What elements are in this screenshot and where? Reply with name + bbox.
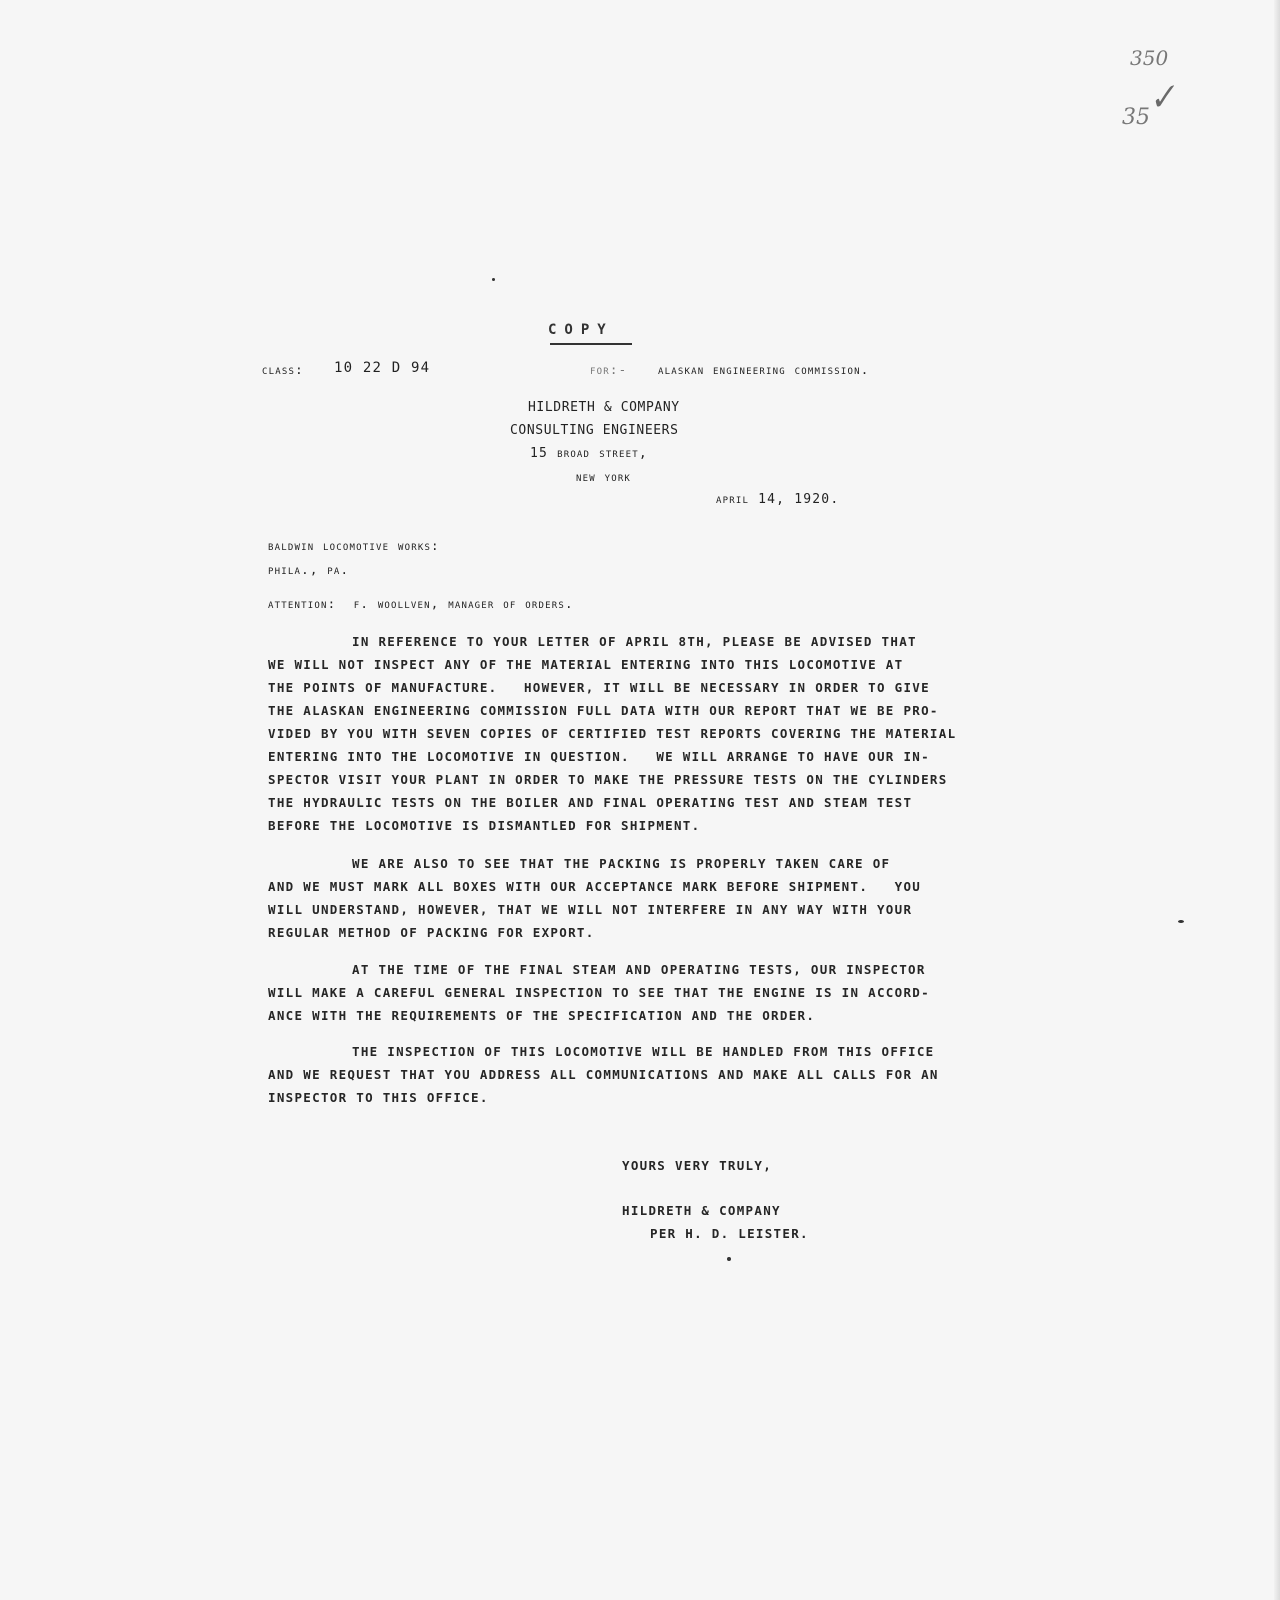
for-label: For:- [590, 362, 627, 377]
class-value: 10 22 D 94 [334, 360, 430, 376]
sender-subtitle: CONSULTING ENGINEERS [510, 423, 679, 438]
recipient-name: Baldwin Locomotive Works: [268, 538, 440, 553]
page-edge-shadow [1274, 0, 1280, 1600]
stray-mark [1178, 920, 1184, 923]
attention-line: Attention: F. Woollven, Manager of Order… [268, 596, 574, 611]
title-underline [550, 343, 632, 345]
body-line: IN REFERENCE TO YOUR LETTER OF APRIL 8TH… [352, 634, 917, 649]
handwritten-number-checked: 35 [1122, 105, 1150, 130]
body-line: WILL UNDERSTAND, HOWEVER, THAT WE WILL N… [268, 902, 912, 917]
body-line: BEFORE THE LOCOMOTIVE IS DISMANTLED FOR … [268, 818, 700, 833]
sender-city: New York [576, 469, 631, 484]
body-line: WILL MAKE A CAREFUL GENERAL INSPECTION T… [268, 985, 930, 1000]
for-value: Alaskan Engineering Commission. [658, 362, 870, 377]
sender-street: 15 Broad Street, [530, 446, 648, 461]
document-page: 350 35 ✓ COPY Class: 10 22 D 94 For:- Al… [0, 0, 1280, 1600]
body-line: WE ARE ALSO TO SEE THAT THE PACKING IS P… [352, 856, 890, 871]
body-line: INSPECTOR TO THIS OFFICE. [268, 1090, 489, 1105]
body-line: THE ALASKAN ENGINEERING COMMISSION FULL … [268, 703, 939, 718]
body-line: AND WE MUST MARK ALL BOXES WITH OUR ACCE… [268, 879, 921, 894]
body-line: THE HYDRAULIC TESTS ON THE BOILER AND FI… [268, 795, 912, 810]
body-line: VIDED BY YOU WITH SEVEN COPIES OF CERTIF… [268, 726, 956, 741]
recipient-city: Phila., Pa. [268, 562, 349, 577]
class-label: Class: [262, 362, 304, 377]
body-line: WE WILL NOT INSPECT ANY OF THE MATERIAL … [268, 657, 903, 672]
closing-signer: PER H. D. LEISTER. [650, 1226, 809, 1241]
body-line: ANCE WITH THE REQUIREMENTS OF THE SPECIF… [268, 1008, 815, 1023]
letter-date: April 14, 1920. [716, 492, 839, 507]
body-line: REGULAR METHOD OF PACKING FOR EXPORT. [268, 925, 595, 940]
stray-mark [727, 1257, 731, 1261]
body-line: AND WE REQUEST THAT YOU ADDRESS ALL COMM… [268, 1067, 939, 1082]
body-line: THE INSPECTION OF THIS LOCOMOTIVE WILL B… [352, 1044, 935, 1059]
closing-salutation: YOURS VERY TRULY, [622, 1158, 772, 1173]
body-line: AT THE TIME OF THE FINAL STEAM AND OPERA… [352, 962, 926, 977]
sender-company: HILDRETH & COMPANY [528, 400, 680, 415]
check-mark-icon: ✓ [1145, 76, 1180, 120]
body-line: SPECTOR VISIT YOUR PLANT IN ORDER TO MAK… [268, 772, 948, 787]
closing-company: HILDRETH & COMPANY [622, 1203, 781, 1218]
document-title: COPY [548, 322, 614, 338]
body-line: THE POINTS OF MANUFACTURE. HOWEVER, IT W… [268, 680, 930, 695]
handwritten-number-top: 350 [1130, 46, 1168, 70]
stray-mark [492, 278, 495, 281]
body-line: ENTERING INTO THE LOCOMOTIVE IN QUESTION… [268, 749, 930, 764]
